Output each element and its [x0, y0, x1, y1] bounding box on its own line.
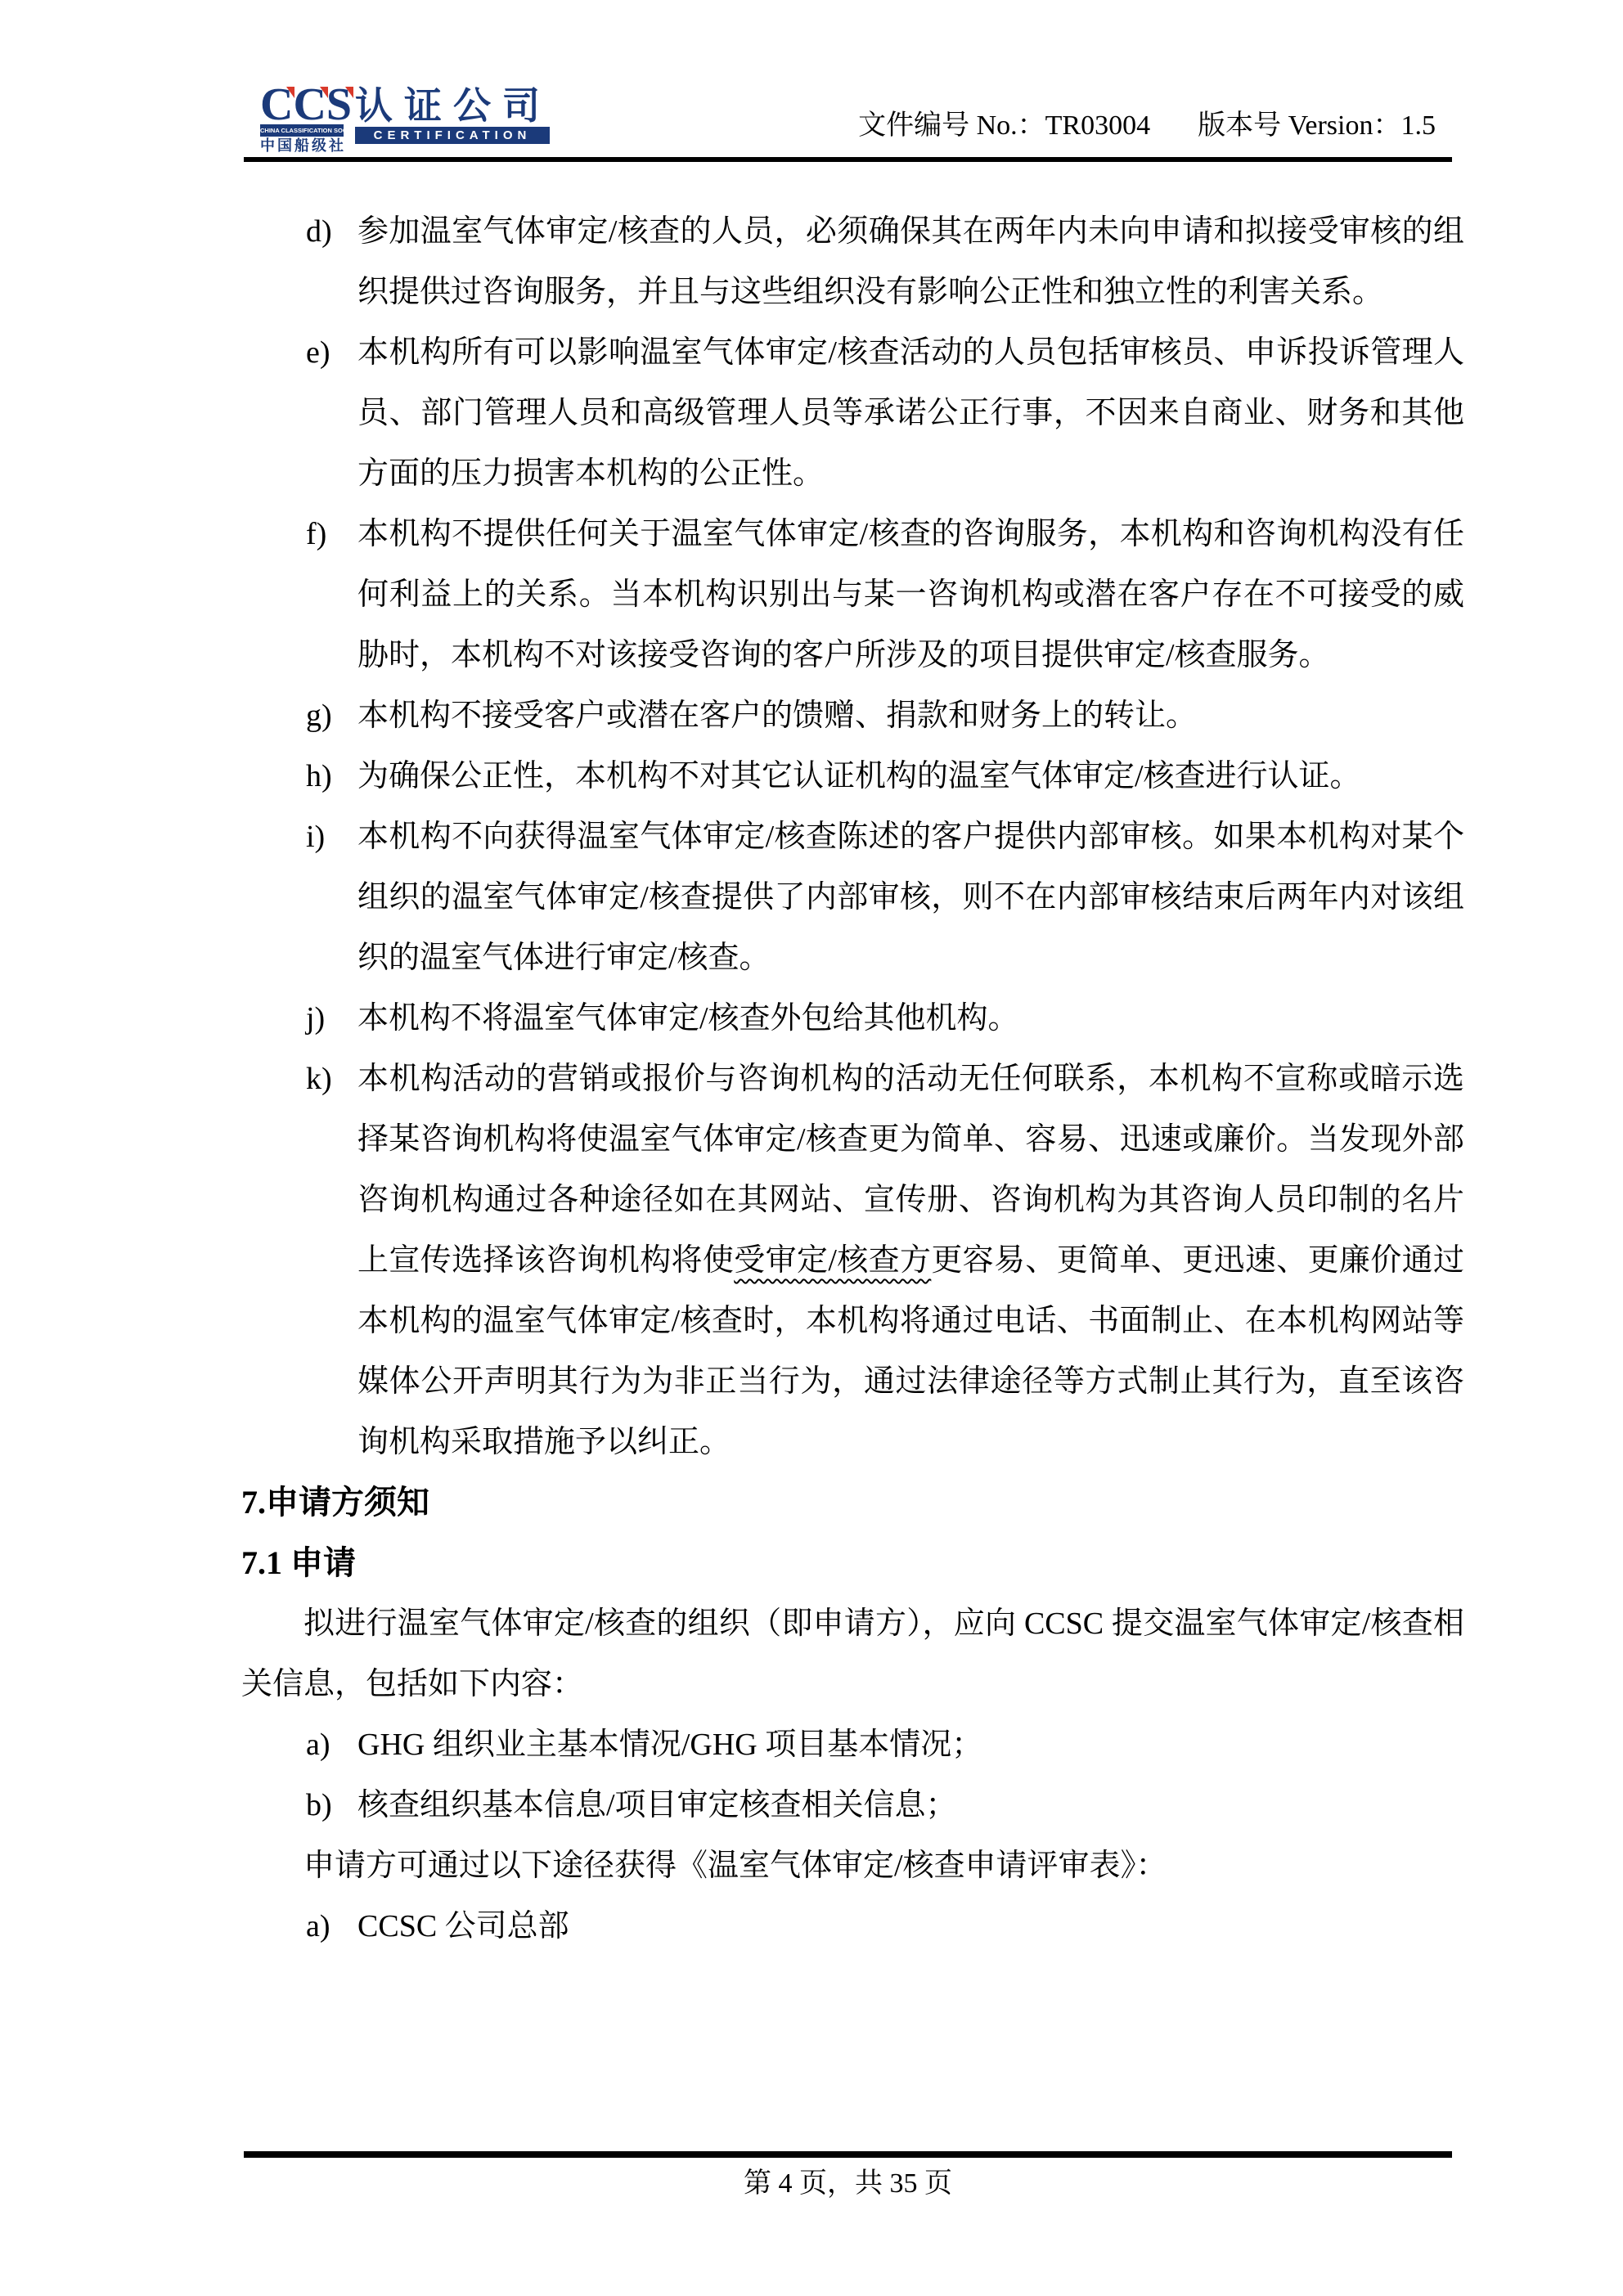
list-marker: h) — [306, 746, 355, 807]
list-item-j: j) 本机构不将温室气体审定/核查外包给其他机构。 — [241, 988, 1464, 1049]
sub-item-b: b) 核查组织基本信息/项目审定核查相关信息； — [241, 1775, 1464, 1835]
list-text: 本机构不将温室气体审定/核查外包给其他机构。 — [357, 1001, 1019, 1036]
certification-bar: CERTIFICATION — [355, 127, 550, 144]
list-text: 本机构所有可以影响温室气体审定/核查活动的人员包括审核员、申诉投诉管理人员、部门… — [357, 335, 1464, 491]
ccs-logo: C C S CHINA CLASSIFICATION SOCIETY 中 国 船… — [260, 87, 551, 154]
list-text: 核查组织基本信息/项目审定核查相关信息； — [357, 1788, 957, 1822]
list-marker: d) — [306, 201, 355, 262]
page-number: 第 4 页，共 35 页 — [744, 2168, 952, 2199]
list-marker: i) — [306, 807, 355, 867]
subsection-heading: 7.1 申请 — [241, 1533, 1464, 1593]
ccs-logo-right: 认证公司 CERTIFICATION — [355, 87, 551, 154]
ccs-letters: C C S — [260, 87, 344, 123]
list-item-d: d) 参加温室气体审定/核查的人员，必须确保其在两年内未向申请和拟接受审核的组织… — [241, 201, 1464, 322]
underlined-term: 受审定/核查方 — [734, 1243, 931, 1278]
list-marker: j) — [306, 988, 355, 1049]
list-text: 为确保公正性，本机构不对其它认证机构的温室气体审定/核查进行认证。 — [357, 759, 1361, 793]
list-marker: e) — [306, 322, 355, 383]
intro-paragraph: 拟进行温室气体审定/核查的组织（即申请方），应向 CCSC 提交温室气体审定/核… — [241, 1593, 1464, 1714]
version-number: 版本号 Version：1.5 — [1198, 110, 1436, 141]
list-item-g: g) 本机构不接受客户或潜在客户的馈赠、捐款和财务上的转让。 — [241, 685, 1464, 746]
sub-item-a: a) GHG 组织业主基本情况/GHG 项目基本情况； — [241, 1714, 1464, 1775]
document-body: d) 参加温室气体审定/核查的人员，必须确保其在两年内未向申请和拟接受审核的组织… — [241, 201, 1464, 1957]
list-marker: a) — [306, 1714, 355, 1775]
society-cn: 中 国 船 级 社 — [260, 137, 344, 154]
header-meta: 文件编号 No.：TR03004版本号 Version：1.5 — [858, 110, 1436, 142]
ccs-logo-left: C C S CHINA CLASSIFICATION SOCIETY 中 国 船… — [260, 87, 344, 154]
list-text: CCSC 公司总部 — [357, 1909, 569, 1943]
list-marker: a) — [306, 1896, 355, 1957]
list-item-i: i) 本机构不向获得温室气体审定/核查陈述的客户提供内部审核。如果本机构对某个组… — [241, 807, 1464, 988]
ccs-letter-c2: C — [293, 87, 326, 123]
list-marker: f) — [306, 504, 355, 564]
list-text: 本机构不提供任何关于温室气体审定/核查的咨询服务，本机构和咨询机构没有任何利益上… — [357, 517, 1464, 672]
list-marker: k) — [306, 1049, 355, 1109]
list-item-f: f) 本机构不提供任何关于温室气体审定/核查的咨询服务，本机构和咨询机构没有任何… — [241, 504, 1464, 685]
list-marker: g) — [306, 685, 355, 746]
brand-name-cn: 认证公司 — [355, 87, 551, 124]
list-item-k: k) 本机构活动的营销或报价与咨询机构的活动无任何联系，本机构不宣称或暗示选择某… — [241, 1049, 1464, 1472]
header-rule — [244, 157, 1452, 162]
society-cn-char: 国 — [277, 137, 292, 154]
list-text: GHG 组织业主基本情况/GHG 项目基本情况； — [357, 1728, 982, 1762]
list-text: 本机构不向获得温室气体审定/核查陈述的客户提供内部审核。如果本机构对某个组织的温… — [357, 820, 1464, 975]
section-heading: 7.申请方须知 — [241, 1472, 1464, 1533]
society-cn-char: 级 — [312, 137, 326, 154]
list-item-h: h) 为确保公正性，本机构不对其它认证机构的温室气体审定/核查进行认证。 — [241, 746, 1464, 807]
society-cn-char: 社 — [329, 137, 344, 154]
note-paragraph: 申请方可通过以下途径获得《温室气体审定/核查申请评审表》： — [241, 1835, 1464, 1896]
list-marker: b) — [306, 1775, 355, 1835]
society-cn-char: 船 — [294, 137, 309, 154]
doc-number: 文件编号 No.：TR03004 — [858, 110, 1150, 141]
list-text: 本机构不接受客户或潜在客户的馈赠、捐款和财务上的转让。 — [357, 699, 1197, 733]
list-text: 参加温室气体审定/核查的人员，必须确保其在两年内未向申请和拟接受审核的组织提供过… — [357, 214, 1464, 309]
ccs-letter-c1: C — [260, 87, 293, 123]
list-item-e: e) 本机构所有可以影响温室气体审定/核查活动的人员包括审核员、申诉投诉管理人员… — [241, 322, 1464, 504]
ccs-letter-s: S — [326, 87, 352, 123]
society-cn-char: 中 — [260, 137, 275, 154]
document-page: C C S CHINA CLASSIFICATION SOCIETY 中 国 船… — [0, 0, 1623, 2296]
channel-item-a: a) CCSC 公司总部 — [241, 1896, 1464, 1957]
page-footer: 第 4 页，共 35 页 — [244, 2151, 1452, 2200]
